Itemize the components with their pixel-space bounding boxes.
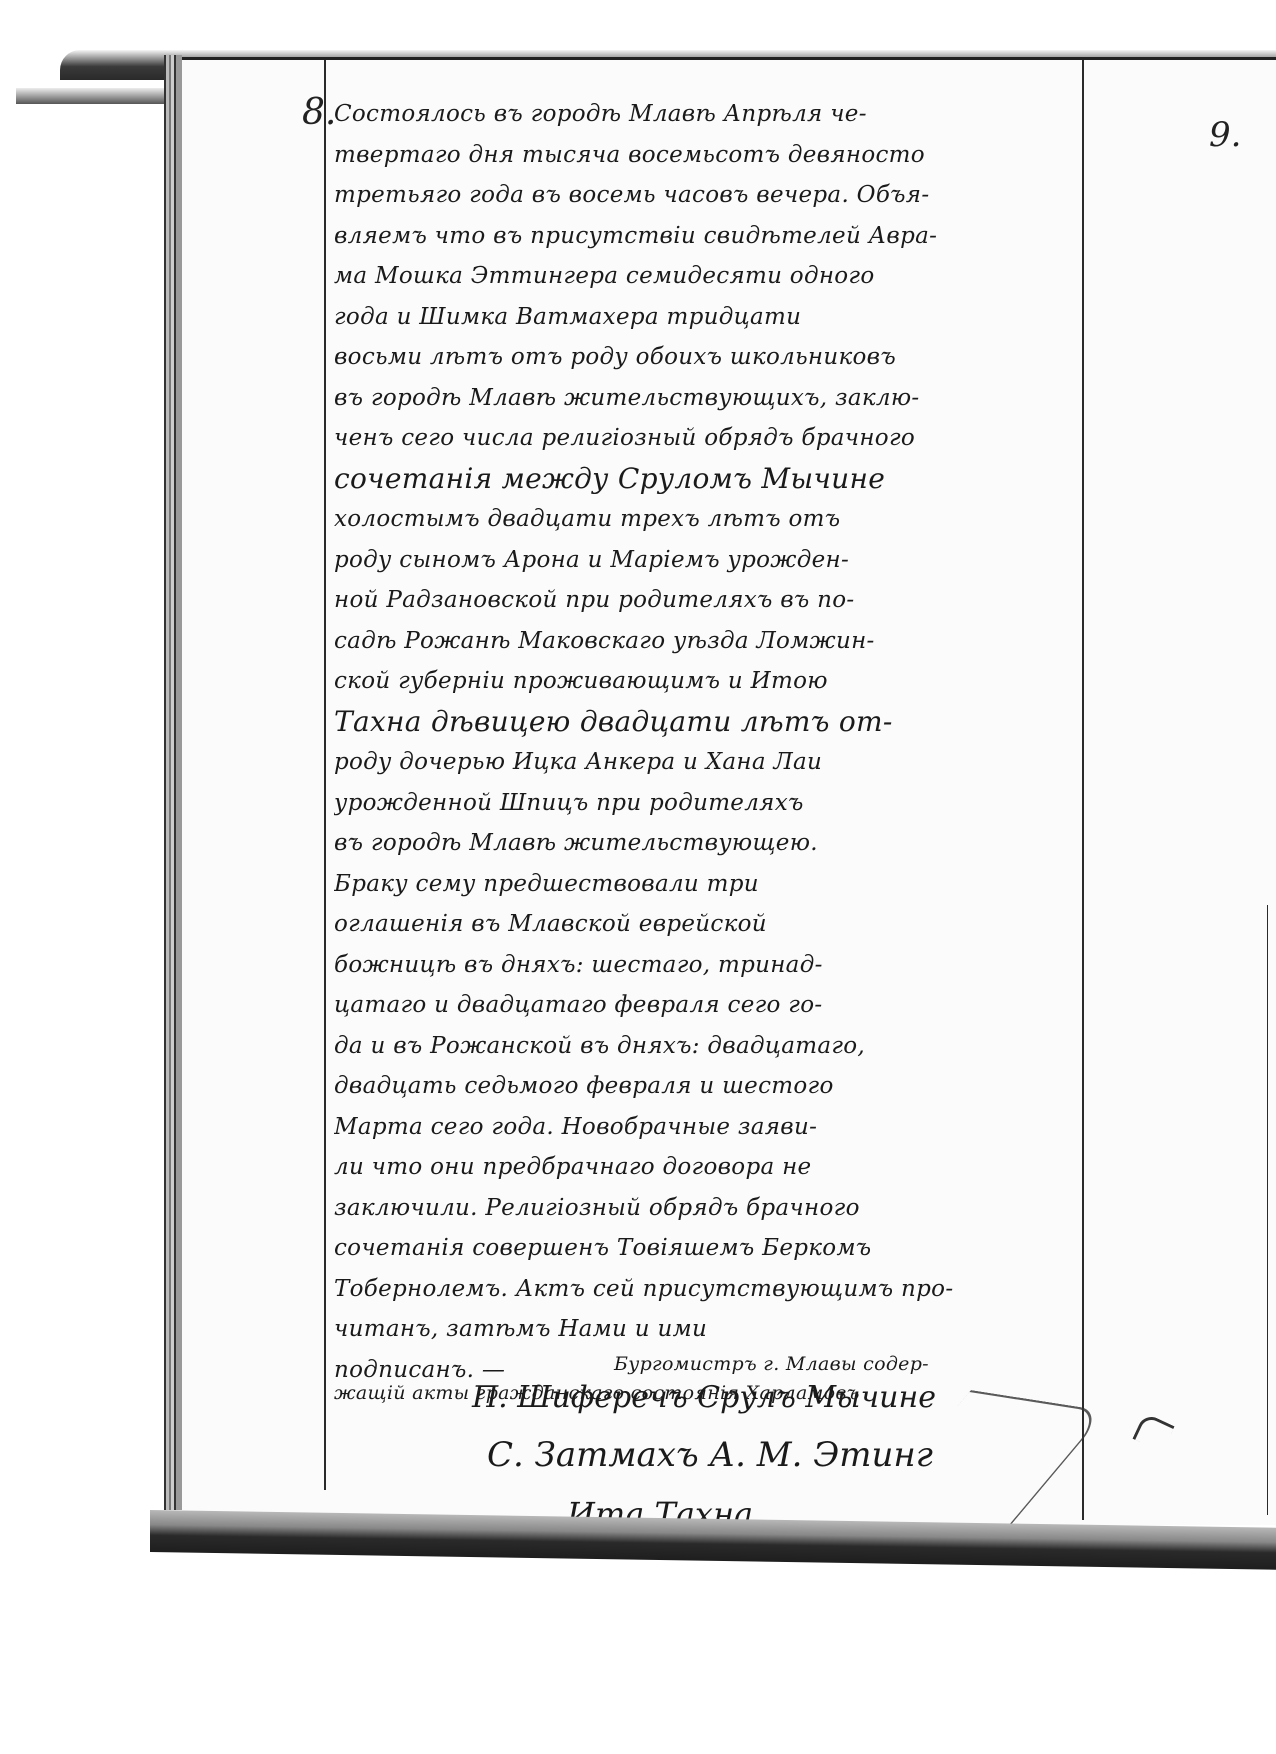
text-line: сочетанія совершенъ Товіяшемъ Беркомъ bbox=[334, 1228, 1074, 1269]
text-line: ли что они предбрачнаго договора не bbox=[334, 1147, 1074, 1188]
text-line: оглашенія въ Млавской еврейской bbox=[334, 904, 1074, 945]
right-page-margin-rule bbox=[1267, 905, 1268, 1515]
text-line: цатаго и двадцатаго февраля сего го- bbox=[334, 985, 1074, 1026]
signature-witnesses: С. Затмахъ А. М. Этинг bbox=[487, 1435, 933, 1475]
text-line: ной Радзановской при родителяхъ въ по- bbox=[334, 580, 1074, 621]
text-line: урожденной Шпицъ при родителяхъ bbox=[334, 783, 1074, 824]
left-margin-rule bbox=[324, 60, 326, 1490]
text-line: твертаго дня тысяча восемьсотъ девяносто bbox=[334, 135, 1074, 176]
text-line: Браку сему предшествовали три bbox=[334, 864, 1074, 905]
column-divider-rule bbox=[1082, 60, 1084, 1520]
text-line: роду сыномъ Арона и Маріемъ урожден- bbox=[334, 540, 1074, 581]
text-line: да и въ Рожанской въ дняхъ: двадцатаго, bbox=[334, 1026, 1074, 1067]
text-line: Марта сего года. Новобрачные заяви- bbox=[334, 1107, 1074, 1148]
book-edge-shadow bbox=[16, 88, 166, 104]
text-line: ской губерніи проживающимъ и Итою bbox=[334, 661, 1074, 702]
bride-name-line: Тахна дѣвицею двадцати лѣтъ от- bbox=[334, 702, 1074, 743]
text-line: ма Мошка Эттингера семидесяти одного bbox=[334, 256, 1074, 297]
groom-name-line: сочетанія между Сруломъ Мычине bbox=[334, 459, 1074, 500]
text-line: холостымъ двадцати трехъ лѣтъ отъ bbox=[334, 499, 1074, 540]
text-line: садѣ Рожанѣ Маковскаго уѣзда Ломжин- bbox=[334, 621, 1074, 662]
entry-number: 8. bbox=[302, 92, 336, 133]
text-line: двадцать седьмого февраля и шестого bbox=[334, 1066, 1074, 1107]
text-line: въ городѣ Млавѣ жительствующихъ, заклю- bbox=[334, 378, 1074, 419]
text-line: года и Шимка Ватмахера тридцати bbox=[334, 297, 1074, 338]
ledger-page: 8. 9. Состоялось въ городѣ Млавѣ Апрѣля … bbox=[182, 57, 1276, 1525]
text-line: ченъ сего числа религіозный обрядъ брачн… bbox=[334, 418, 1074, 459]
text-line: заключили. Религіозный обрядъ брачного bbox=[334, 1188, 1074, 1229]
text-line: роду дочерью Ицка Анкера и Хана Лаи bbox=[334, 742, 1074, 783]
book-spine bbox=[164, 55, 182, 1510]
next-entry-number: 9. bbox=[1209, 115, 1241, 155]
record-text: Состоялось въ городѣ Млавѣ Апрѣля че- тв… bbox=[334, 94, 1074, 1408]
signature-witness-groom: П. Шиферечъ Срулъ Мычине bbox=[472, 1380, 936, 1415]
text-line: Состоялось въ городѣ Млавѣ Апрѣля че- bbox=[334, 94, 1074, 135]
text-line: третьяго года въ восемь часовъ вечера. О… bbox=[334, 175, 1074, 216]
text-line: божницѣ въ дняхъ: шестаго, тринад- bbox=[334, 945, 1074, 986]
text-line: вляемъ что въ присутствіи свидѣтелей Авр… bbox=[334, 216, 1074, 257]
text-line: въ городѣ Млавѣ жительствующею. bbox=[334, 823, 1074, 864]
margin-mark bbox=[1132, 1412, 1174, 1452]
text-line: восьми лѣтъ отъ роду обоихъ школьниковъ bbox=[334, 337, 1074, 378]
text-line: Тобернолемъ. Актъ сей присутствующимъ пр… bbox=[334, 1269, 1074, 1310]
text-line: читанъ, затѣмъ Нами и ими bbox=[334, 1309, 1074, 1350]
